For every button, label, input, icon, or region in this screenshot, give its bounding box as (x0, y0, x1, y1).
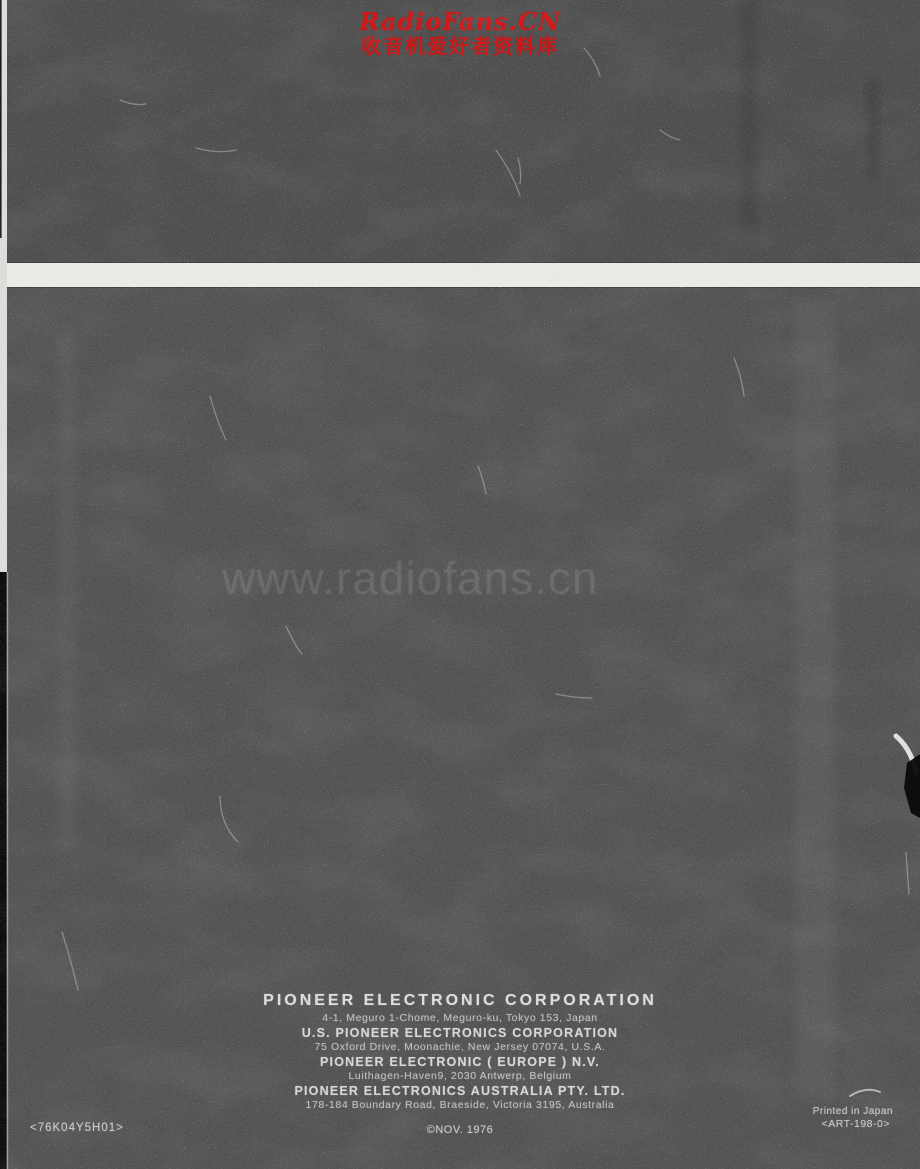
center-watermark: www.radiofans.cn (222, 551, 722, 605)
footer-art-code: <ART-198-0> (822, 1118, 890, 1130)
paper-tear (896, 736, 920, 818)
publisher-line: U.S. PIONEER ELECTRONICS CORPORATION (0, 1026, 920, 1041)
scan-texture-overlay (0, 0, 920, 1169)
publisher-line: Luithagen-Haven9, 2030 Antwerp, Belgium (0, 1069, 920, 1084)
scratch-marks (62, 48, 909, 990)
radiofans-watermark-title: RadioFans.CN (0, 7, 920, 36)
publisher-block: PIONEER ELECTRONIC CORPORATION 4-1, Megu… (0, 993, 920, 1113)
scan-page: RadioFans.CN 收音机爱好者资料库 www.radiofans.cn … (0, 0, 920, 1169)
scan-streaks (58, 0, 878, 1100)
bright-scratch (850, 1090, 880, 1096)
radiofans-watermark-subtitle: 收音机爱好者资料库 (0, 30, 920, 59)
publisher-line: 178-184 Boundary Road, Braeside, Victori… (0, 1098, 920, 1113)
white-separator-band (0, 263, 920, 287)
publisher-line: PIONEER ELECTRONICS AUSTRALIA PTY. LTD. (0, 1084, 920, 1099)
publisher-line: 75 Oxford Drive, Moonachie, New Jersey 0… (0, 1040, 920, 1055)
footer-copyright: ©NOV. 1976 (0, 1124, 920, 1136)
publisher-line: 4-1, Meguro 1-Chome, Meguro-ku, Tokyo 15… (0, 1011, 920, 1026)
upper-panel-shade (0, 0, 920, 263)
footer-printed-note: Printed in Japan (813, 1106, 893, 1117)
publisher-line: PIONEER ELECTRONIC ( EUROPE ) N.V. (0, 1055, 920, 1070)
publisher-line: PIONEER ELECTRONIC CORPORATION (0, 993, 920, 1009)
footer-part-code: <76K04Y5H01> (30, 1122, 124, 1134)
left-edge-artifact (0, 0, 8, 1169)
